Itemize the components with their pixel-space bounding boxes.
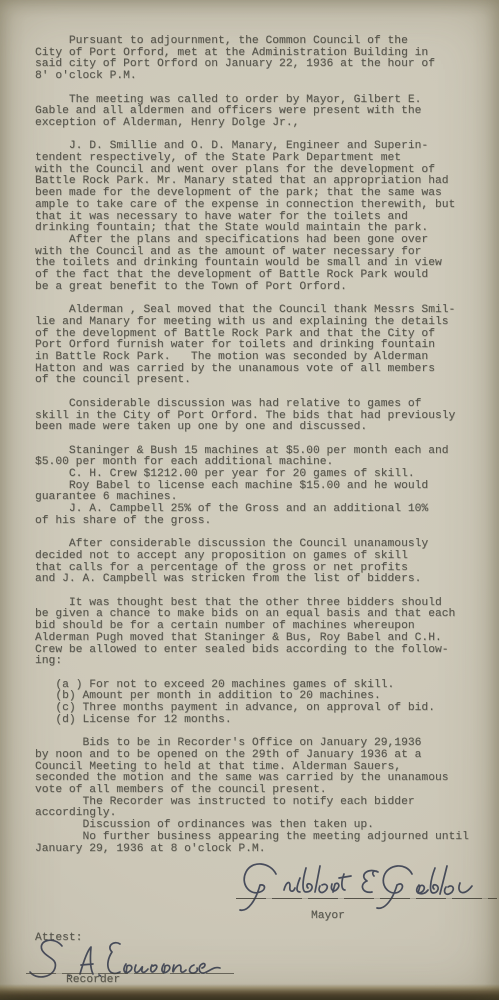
recorder-signature-line bbox=[26, 973, 234, 974]
page-bottom-edge bbox=[0, 984, 499, 1000]
recorder-signature bbox=[24, 938, 236, 990]
minutes-page: Pursuant to adjournment, the Common Coun… bbox=[0, 0, 499, 1000]
mayor-title-label: Mayor bbox=[311, 911, 345, 923]
minutes-body-text: Pursuant to adjournment, the Common Coun… bbox=[35, 36, 469, 855]
mayor-signature bbox=[232, 860, 498, 922]
mayor-signature-line bbox=[236, 898, 497, 899]
